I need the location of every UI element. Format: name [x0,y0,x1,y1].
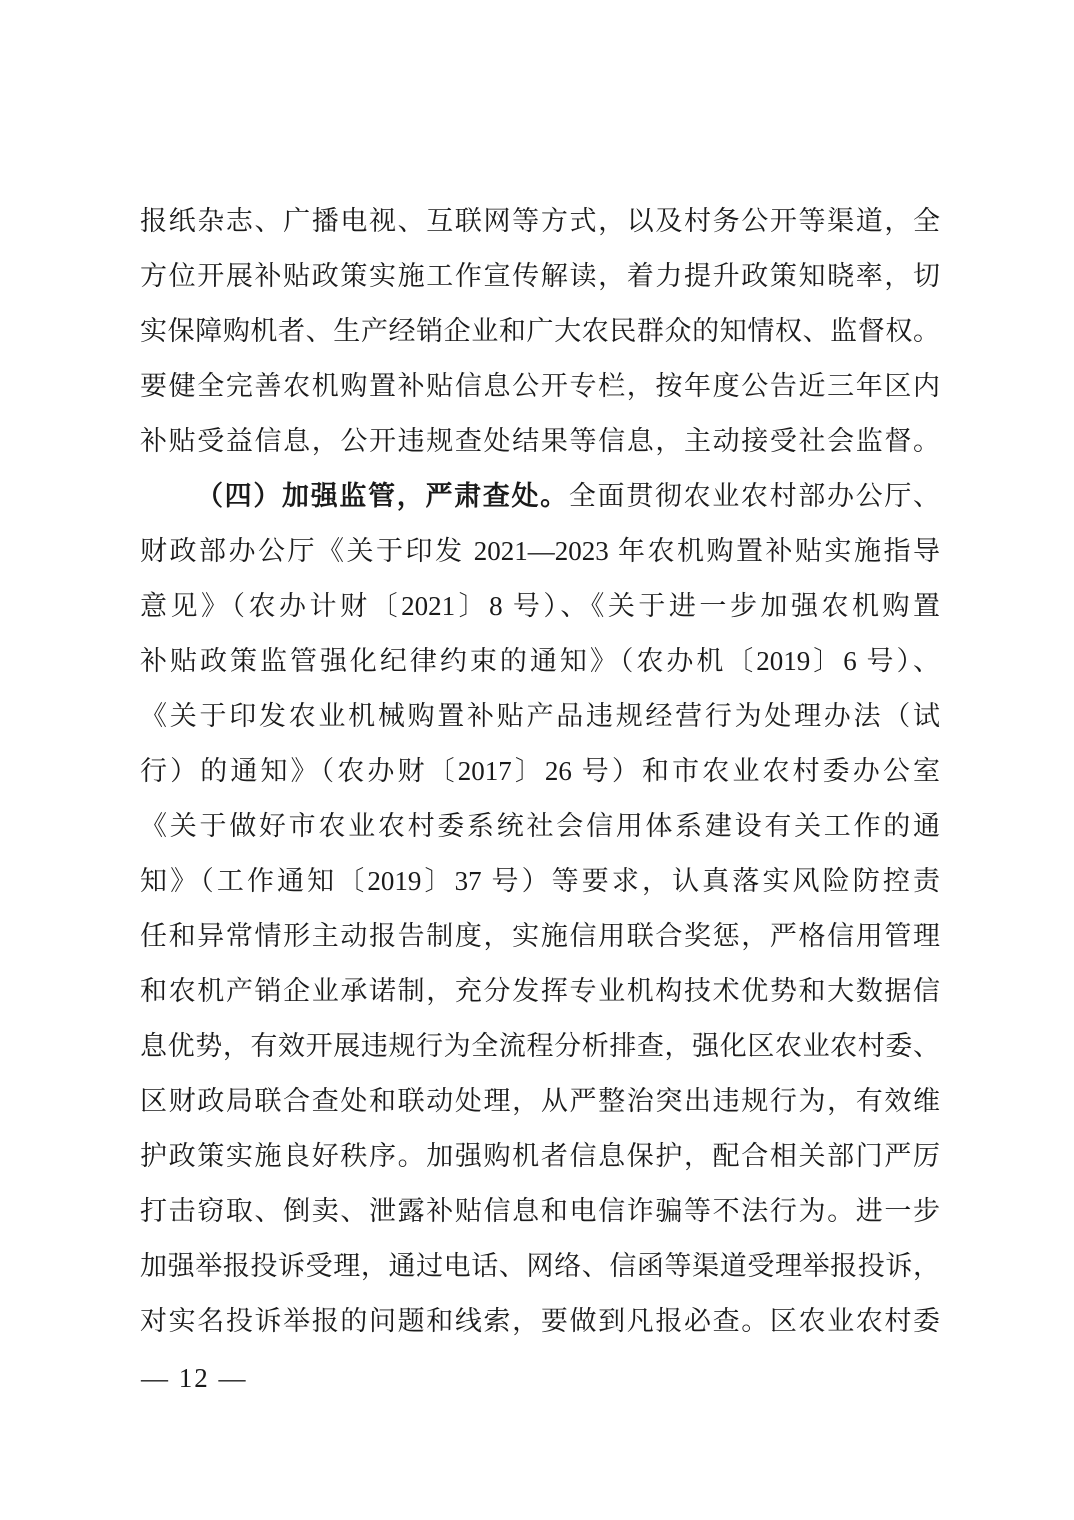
text-line: 护政策实施良好秩序。加强购机者信息保护，配合相关部门严厉 [140,1129,940,1184]
text-line: 加强举报投诉受理，通过电话、网络、信函等渠道受理举报投诉， [140,1239,940,1294]
text-line: 意见》（农办计财〔2021〕8 号）、《关于进一步加强农机购置 [140,579,940,634]
body-text: 报纸杂志、广播电视、互联网等方式，以及村务公开等渠道，全 方位开展补贴政策实施工… [140,194,940,1349]
text-line: 知》（工作通知〔2019〕37 号）等要求，认真落实风险防控责 [140,854,940,909]
section-body-start: 全面贯彻农业农村部办公厅、 [569,481,940,511]
text-line: 区财政局联合查处和联动处理，从严整治突出违规行为，有效维 [140,1074,940,1129]
section-heading: （四）加强监管，严肃查处。 [196,481,569,511]
text-line: 报纸杂志、广播电视、互联网等方式，以及村务公开等渠道，全 [140,194,940,249]
text-line: 《关于印发农业机械购置补贴产品违规经营行为处理办法（试 [140,689,940,744]
text-line: 打击窃取、倒卖、泄露补贴信息和电信诈骗等不法行为。进一步 [140,1184,940,1239]
text-line: 方位开展补贴政策实施工作宣传解读，着力提升政策知晓率，切 [140,249,940,304]
text-line: 要健全完善农机购置补贴信息公开专栏，按年度公告近三年区内 [140,359,940,414]
text-line-section-start: （四）加强监管，严肃查处。全面贯彻农业农村部办公厅、 [140,469,940,524]
text-line: 财政部办公厅《关于印发 2021—2023 年农机购置补贴实施指导 [140,524,940,579]
document-page: 报纸杂志、广播电视、互联网等方式，以及村务公开等渠道，全 方位开展补贴政策实施工… [0,0,1074,1520]
text-line: 行）的通知》（农办财〔2017〕26 号）和市农业农村委办公室 [140,744,940,799]
page-number: — 12 — [141,1358,248,1398]
text-line: 实保障购机者、生产经销企业和广大农民群众的知情权、监督权。 [140,304,940,359]
text-line: 和农机产销企业承诺制，充分发挥专业机构技术优势和大数据信 [140,964,940,1019]
text-line: 补贴受益信息，公开违规查处结果等信息，主动接受社会监督。 [140,414,940,469]
text-line: 补贴政策监管强化纪律约束的通知》（农办机〔2019〕6 号）、 [140,634,940,689]
text-line: 对实名投诉举报的问题和线索，要做到凡报必查。区农业农村委 [140,1294,940,1349]
text-line: 任和异常情形主动报告制度，实施信用联合奖惩，严格信用管理 [140,909,940,964]
text-line: 息优势，有效开展违规行为全流程分析排查，强化区农业农村委、 [140,1019,940,1074]
text-line: 《关于做好市农业农村委系统社会信用体系建设有关工作的通 [140,799,940,854]
